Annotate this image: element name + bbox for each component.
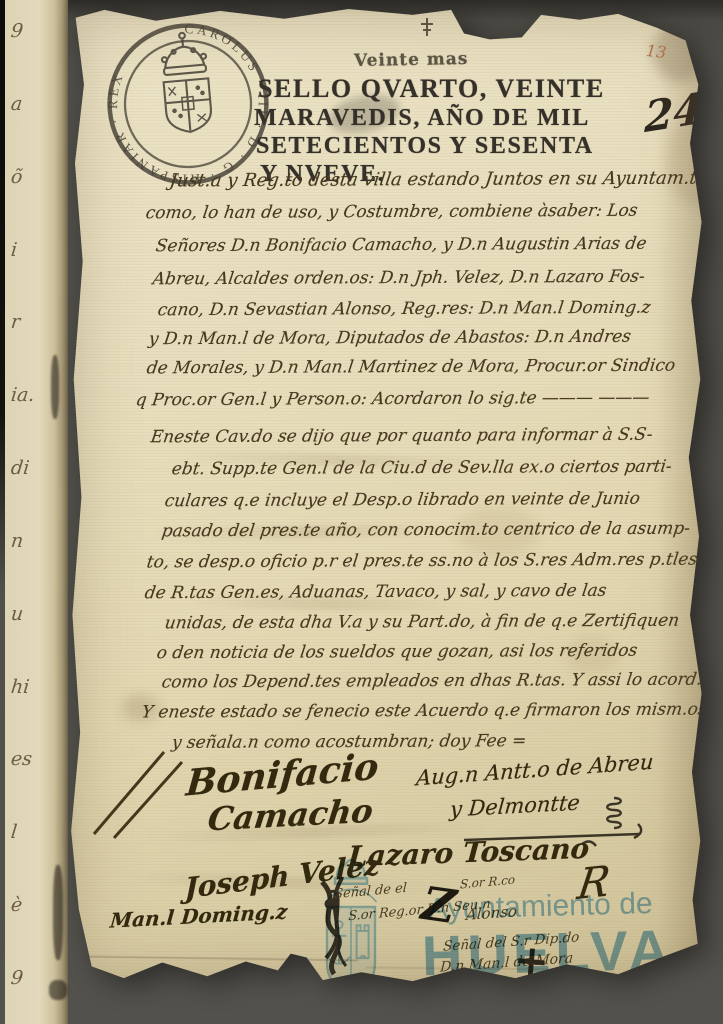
document-page: CAROLUS · III · D · G · HISPANIAR · REX … xyxy=(66,6,708,988)
signature-bonifacio-camacho: Camacho xyxy=(206,792,375,839)
manuscript-line: Just.a y Reg.to desta villa estando Junt… xyxy=(168,168,709,192)
margin-fragment: ia. xyxy=(10,386,35,405)
margin-fragment: a xyxy=(10,95,35,114)
paper-stain xyxy=(666,116,723,206)
signature-rubric-coil xyxy=(462,794,647,852)
signature-rubric-r: R xyxy=(575,856,613,909)
ink-smudge xyxy=(325,89,403,139)
manuscript-line: Señores D.n Bonifacio Camacho, y D.n Aug… xyxy=(154,234,647,257)
document-page-wrap: CAROLUS · III · D · G · HISPANIAR · REX … xyxy=(66,6,708,988)
gothic-caption: Veinte mas xyxy=(354,49,469,71)
ink-bleedthrough xyxy=(176,450,496,470)
margin-fragment: r xyxy=(10,313,35,332)
printed-header-line: SETECIENTOS Y SESENTA xyxy=(256,133,594,160)
ink-scribble-blot xyxy=(310,874,362,979)
ink-bleedthrough xyxy=(156,523,456,540)
paper-stain xyxy=(456,506,540,558)
fold-ink-blot xyxy=(49,980,67,1000)
printed-header-line: Y NVEVE. xyxy=(260,161,385,188)
folio-number: 13 xyxy=(645,41,667,62)
manuscript-line: culares q.e incluye el Desp.o librado en… xyxy=(163,489,641,511)
fold-ink-mark xyxy=(51,355,59,419)
margin-fragment: 9 xyxy=(10,22,35,41)
margin-fragment: è xyxy=(10,896,35,915)
seal-crown-icon xyxy=(160,31,208,75)
manuscript-line: o den noticia de los sueldos que gozan, … xyxy=(155,641,638,664)
margin-fragment: n xyxy=(10,532,35,551)
printed-header-line: MARAVEDIS, AÑO DE MIL xyxy=(254,105,590,132)
signature-flourish-slashes xyxy=(86,746,186,841)
manuscript-line: pasado del pres.te año, con conocim.to c… xyxy=(160,519,691,542)
seal-coat-of-arms-icon xyxy=(164,78,213,134)
seal-legend: CAROLUS · III · D · G · HISPANIAR · REX xyxy=(98,14,277,193)
paper-stain xyxy=(122,694,160,722)
signature-manuel-dominguez: Man.l Doming.z xyxy=(109,899,288,932)
previous-page-edge: 9 a õ i r ia. di n u hi es l è 9 xyxy=(5,0,68,1024)
manuscript-line: como, lo han de uso, y Costumbre, combie… xyxy=(144,201,638,224)
watermark-text: Ayuntamiento de xyxy=(428,887,653,927)
mark-note-mora: Señal del S.r Dip.do xyxy=(443,929,580,955)
watermark-shield-icon xyxy=(308,851,394,1003)
manuscript-line: de Morales, y D.n Man.l Martinez de Mora… xyxy=(145,356,676,379)
margin-fragment: u xyxy=(10,605,35,624)
manuscript-line: y D.n Man.l de Mora, Diputados de Abasto… xyxy=(147,327,632,350)
previous-page-text-fragments: 9 a õ i r ia. di n u hi es l è 9 xyxy=(11,22,34,988)
mark-note-mora: D.n Man.l de Mora xyxy=(440,950,574,975)
manuscript-line: to, se desp.o oficio p.r el pres.te ss.n… xyxy=(145,550,698,573)
manuscript-line: ebt. Supp.te Gen.l de la Ciu.d de Sev.ll… xyxy=(170,457,673,480)
signature-abreu: Aug.n Antt.o de Abreu xyxy=(415,750,654,791)
paper-stain xyxy=(652,22,708,82)
manuscript-line: y señala.n como acostumbran; doy Fee = xyxy=(171,731,528,753)
mark-note-regidor: S.or Reg.or D.n Seu.n xyxy=(348,897,491,925)
royal-seal-carolus-iii: CAROLUS · III · D · G · HISPANIAR · REX xyxy=(97,13,279,195)
paper-stain xyxy=(566,636,618,674)
margin-fragment: l xyxy=(10,823,35,842)
watermark-text: HUELVA xyxy=(421,917,675,989)
mark-note-alonso: Alonso xyxy=(465,902,517,924)
signature-bonifacio-camacho: Bonifacio xyxy=(185,745,381,804)
margin-fragment: 9 xyxy=(10,969,35,988)
numeral-annotation: 244 xyxy=(644,79,723,142)
pencil-rule xyxy=(366,967,586,970)
manuscript-line: Abreu, Alcaldes orden.os: D.n Jph. Velez… xyxy=(151,267,646,290)
margin-fragment: di xyxy=(10,459,35,478)
signature-abreu: y Delmontte xyxy=(449,791,581,822)
signature-lazaro-toscano: Lazaro Toscano xyxy=(347,832,591,874)
manuscript-line: unidas, de esta dha V.a y su Part.do, à … xyxy=(163,611,680,634)
fold-ink-mark xyxy=(53,865,63,960)
manuscript-line: como los Depend.tes empleados en dhas R.… xyxy=(160,670,723,693)
manuscript-line: cano, D.n Sevastian Alonso, Reg.res: D.n… xyxy=(156,298,651,321)
manuscript-line: de R.tas Gen.es, Aduanas, Tavaco, y sal,… xyxy=(143,581,607,603)
manuscript-line: q Proc.or Gen.l y Person.o: Acordaron lo… xyxy=(134,388,650,411)
printed-header-line: SELLO QVARTO, VEINTE xyxy=(258,74,605,104)
signature-mark-z: Z xyxy=(418,876,459,934)
ink-bleedthrough xyxy=(146,820,486,844)
mark-note-sr: S.or R.co xyxy=(460,873,516,892)
margin-fragment: es xyxy=(10,750,35,769)
ink-bleedthrough xyxy=(126,871,426,893)
margin-fragment: i xyxy=(10,241,35,260)
signature-mark-cross: + xyxy=(512,935,551,987)
manuscript-line: Y eneste estado se fenecio este Acuerdo … xyxy=(140,700,708,723)
margin-fragment: õ xyxy=(10,168,35,187)
scanned-archive-photograph: { "colors": { "backdrop": "#514f49", "pa… xyxy=(0,0,723,1024)
ink-bleedthrough xyxy=(186,596,466,613)
margin-fragment: hi xyxy=(10,678,35,697)
cross-ornament-icon xyxy=(418,16,436,40)
manuscript-line: Eneste Cav.do se dijo que por quanto par… xyxy=(149,425,653,448)
signature-joseph-velez: Joseph Velez xyxy=(184,848,380,905)
pencil-rule xyxy=(88,956,358,961)
mark-note-regidor: Señal de el xyxy=(334,881,408,902)
